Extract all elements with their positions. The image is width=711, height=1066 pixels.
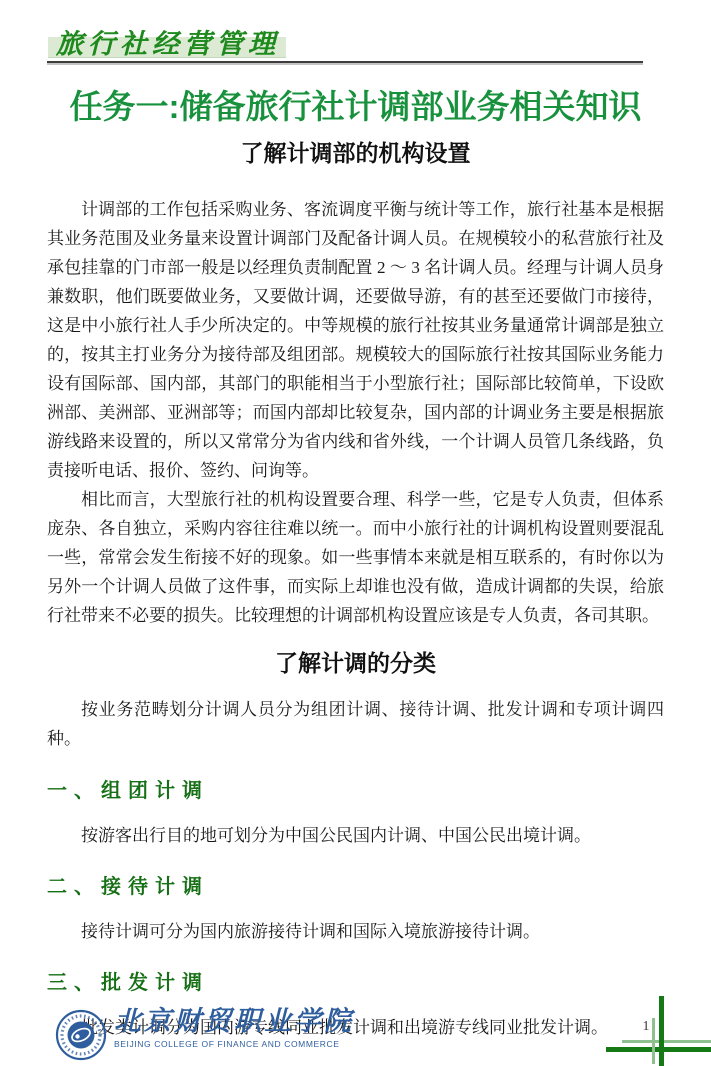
college-name-cn: 北京财贸职业学院 (114, 1006, 354, 1036)
college-name-en: BEIJING COLLEGE OF FINANCE AND COMMERCE (114, 1039, 354, 1049)
header-rule (47, 61, 643, 63)
subsection-heading-group-tour: 一、组团计调 (47, 778, 664, 804)
book-title: 旅行社经营管理 (56, 22, 376, 61)
decorative-horizontal-light-line (622, 1040, 711, 1043)
decorative-vertical-dark-line (659, 996, 664, 1066)
college-name-block: 北京财贸职业学院 BEIJING COLLEGE OF FINANCE AND … (114, 1006, 354, 1049)
content-column: 任务一:储备旅行社计调部业务相关知识 了解计调部的机构设置 计调部的工作包括采购… (47, 78, 664, 1041)
paragraph: 按业务范畴划分计调人员分为组团计调、接待计调、批发计调和专项计调四种。 (47, 695, 664, 753)
paragraph: 计调部的工作包括采购业务、客流调度平衡与统计等工作，旅行社基本是根据其业务范围及… (47, 195, 664, 485)
college-seal-icon (55, 1009, 107, 1061)
paragraph: 相比而言，大型旅行社的机构设置要合理、科学一些，它是专人负责，但体系庞杂、各自独… (47, 485, 664, 630)
page-number: 1 (638, 1019, 654, 1035)
subsection-heading-reception: 二、接待计调 (47, 874, 664, 900)
section-heading-structure: 了解计调部的机构设置 (47, 138, 664, 168)
chapter-title: 任务一:储备旅行社计调部业务相关知识 (47, 84, 664, 130)
paragraph: 接待计调可分为国内旅游接待计调和国际入境旅游接待计调。 (47, 918, 664, 945)
document-page: 旅行社经营管理 任务一:储备旅行社计调部业务相关知识 了解计调部的机构设置 计调… (0, 0, 711, 1066)
paragraph: 按游客出行目的地可划分为中国公民国内计调、中国公民出境计调。 (47, 822, 664, 849)
subsection-heading-wholesale: 三、批发计调 (47, 970, 664, 996)
section-heading-classification: 了解计调的分类 (47, 647, 664, 679)
college-logo: 北京财贸职业学院 BEIJING COLLEGE OF FINANCE AND … (55, 1006, 354, 1061)
